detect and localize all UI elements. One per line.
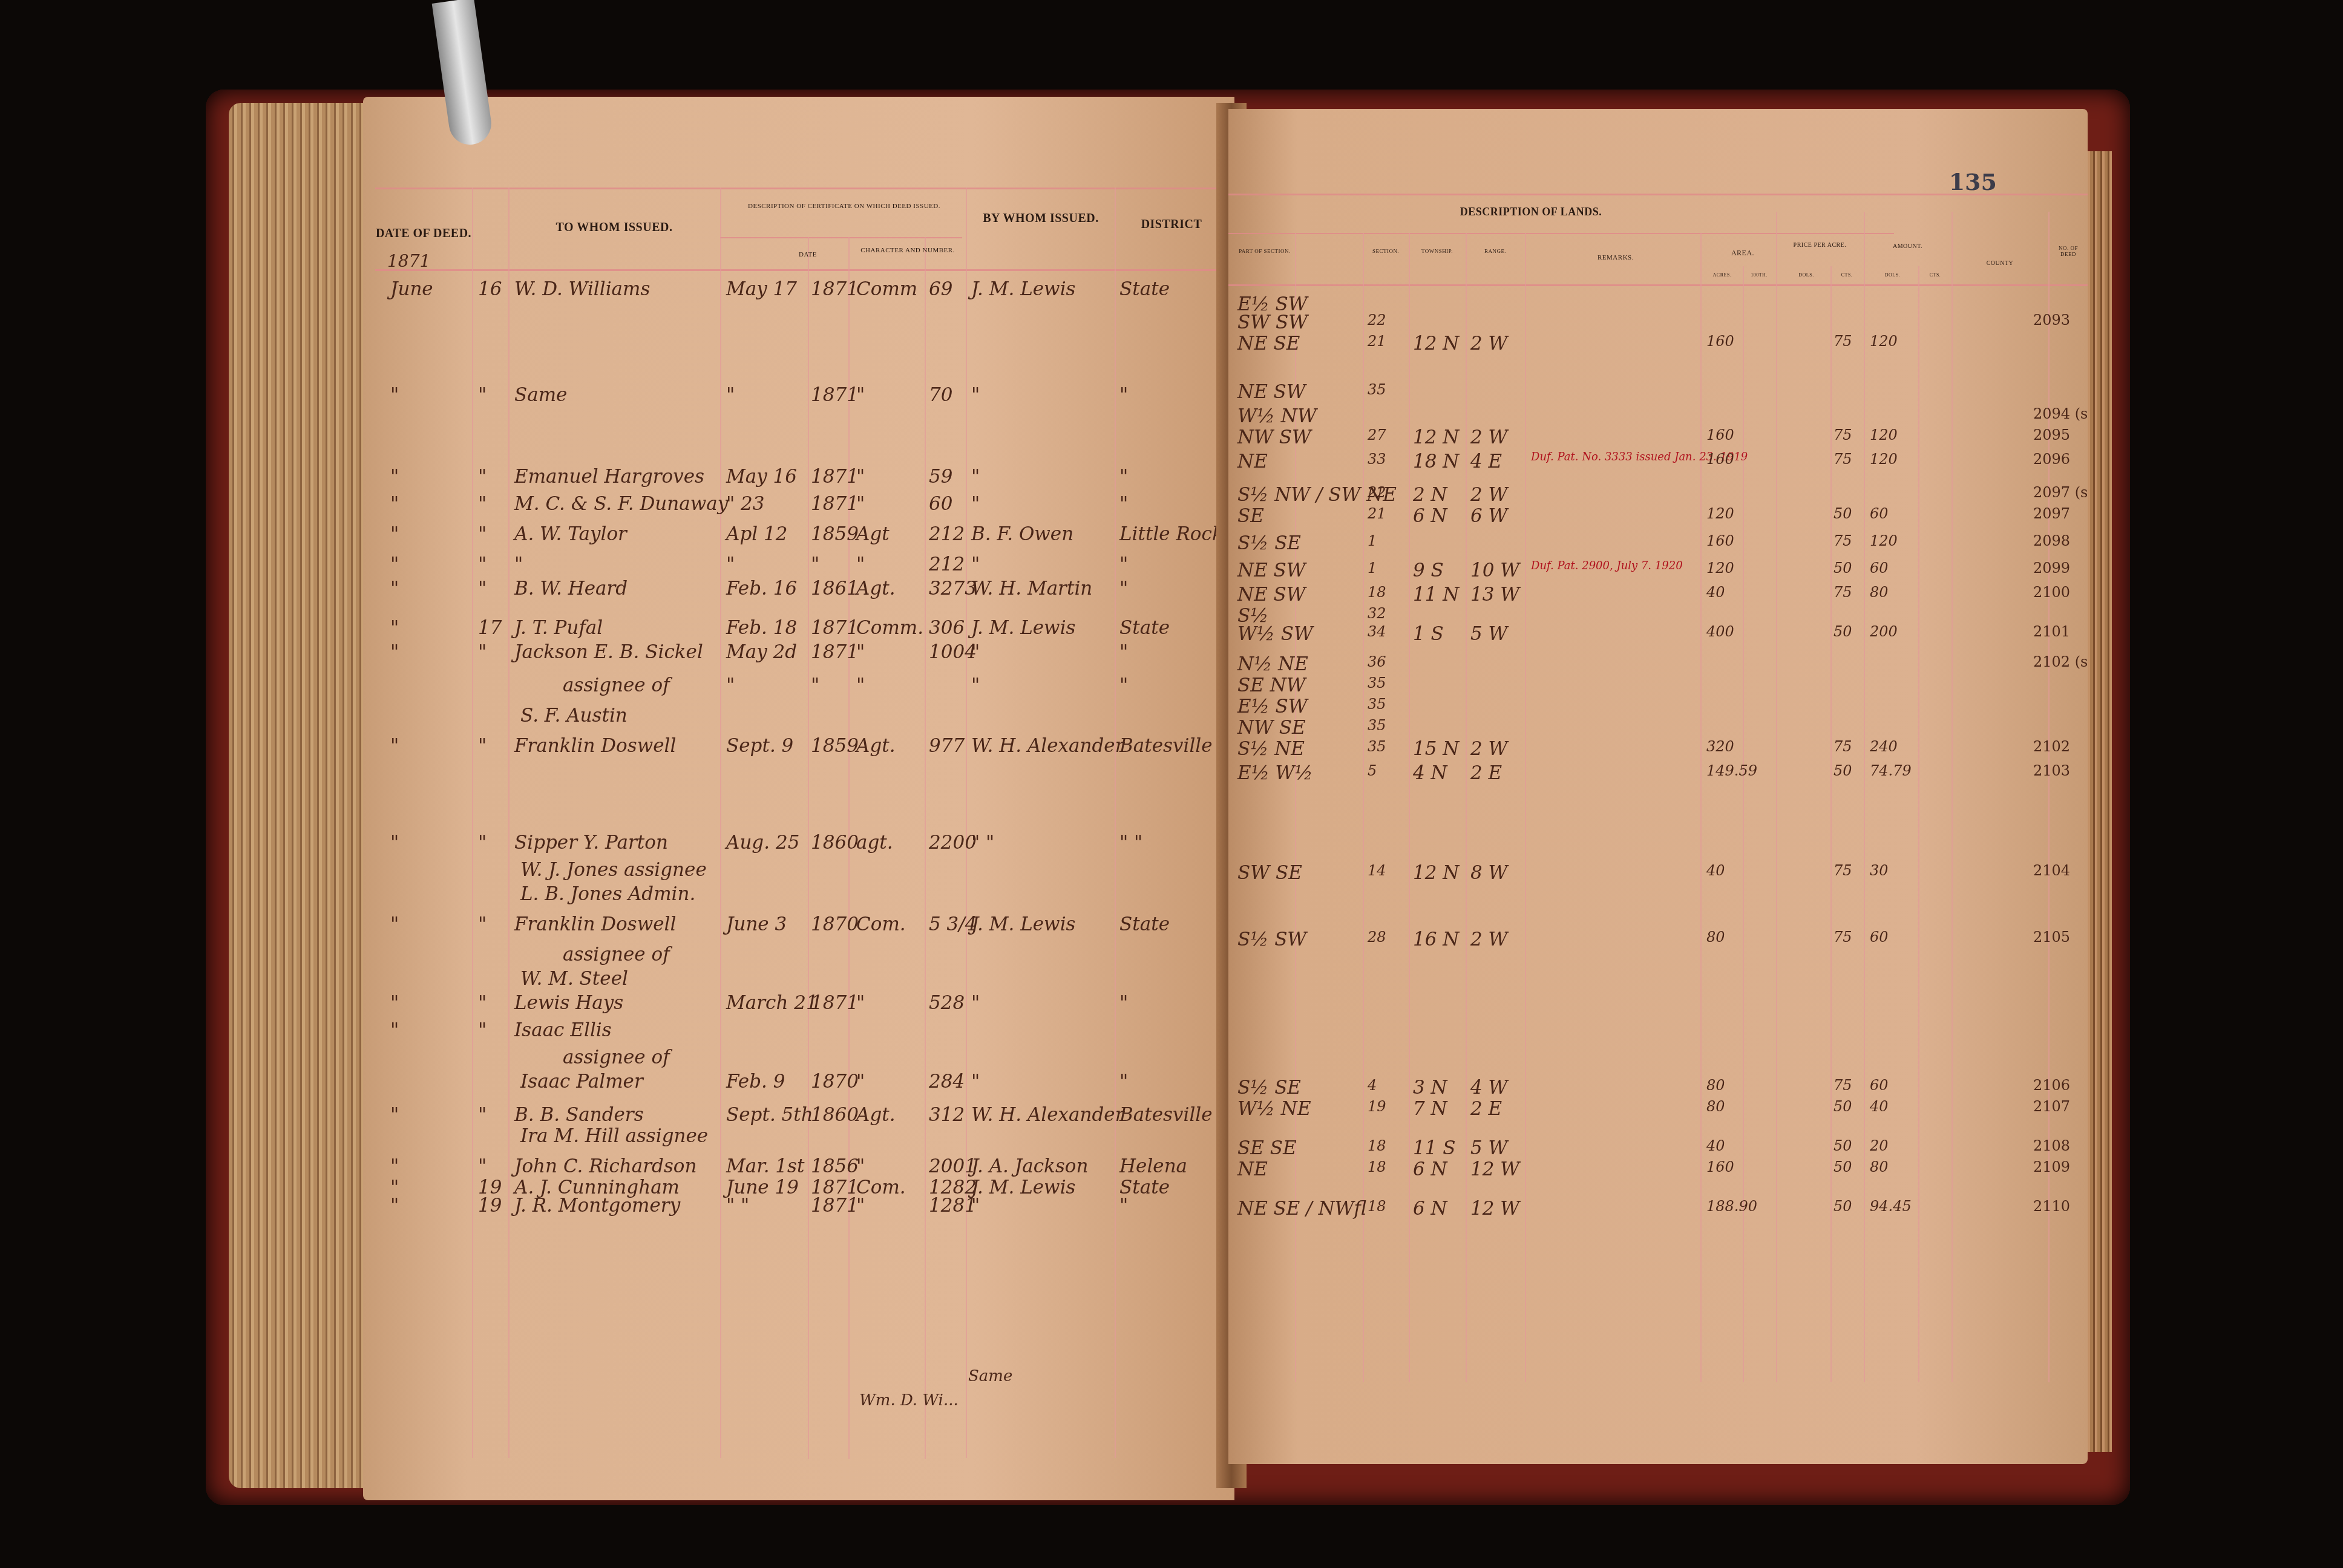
cell-cert-date: Feb. 9 (726, 1071, 785, 1093)
cell-township: 6 N (1413, 1158, 1447, 1180)
cell-part: N½ NE (1237, 653, 1308, 675)
cell-acres: 80 (1706, 1098, 1725, 1115)
cell-number: 60 (929, 493, 952, 515)
cell-amount: 240 (1870, 738, 1898, 755)
cell-range: 2 W (1470, 426, 1507, 448)
cell-cert-year: " (811, 554, 819, 575)
cell-number: 69 (929, 278, 952, 300)
cell-cert-year: 1860 (811, 832, 859, 854)
cell-amount: 120 (1870, 532, 1898, 549)
cell-price: 50 (1833, 1098, 1852, 1115)
cell-amount: 40 (1870, 1098, 1889, 1115)
cell-district: Little Rock (1119, 523, 1224, 545)
cell-deed-no: 2100 (2033, 584, 2070, 601)
cell-section: 4 (1368, 1077, 1377, 1094)
col-rule (508, 188, 510, 1458)
cell-acres: 120 (1706, 560, 1734, 577)
cell-part: S½ SW (1237, 929, 1306, 950)
cell-deed-no: 2103 (2033, 762, 2070, 779)
cell-district: " (1119, 578, 1128, 599)
cell-number: 284 (929, 1071, 965, 1093)
cell-character: Agt. (856, 1104, 896, 1126)
cell-deed-no: 2102 (struck) (2033, 653, 2088, 670)
cell-deed-no: 2095 (2033, 426, 2070, 443)
header-county: County (1955, 260, 2045, 267)
cell-by-whom: W. H. Alexander (971, 735, 1124, 757)
header-township: Township. (1410, 248, 1464, 254)
cell-range: 2 W (1470, 484, 1507, 506)
cell-deed-no: 2099 (2033, 560, 2070, 577)
cell-deed-no: 2097 (struck) (2033, 484, 2088, 501)
cell-range: 5 W (1470, 623, 1507, 645)
page-number: 135 (1949, 168, 1997, 195)
cell-cert-date: Feb. 18 (726, 617, 797, 639)
header-cts-amount: Cts. (1919, 272, 1951, 278)
cell-township: 7 N (1413, 1098, 1447, 1120)
cell-name: W. D. Williams (514, 278, 650, 300)
cell-part: NE (1237, 451, 1268, 472)
cell-amount: 60 (1870, 560, 1889, 577)
cell-amount: 120 (1870, 451, 1898, 468)
header-cert-character: Character and Number. (853, 247, 962, 255)
cell-township: 18 N (1413, 451, 1459, 472)
header-rule-top (375, 188, 1234, 189)
cell-deed-no: 2098 (2033, 532, 2070, 549)
cell-part: NE SE / NWfl (1237, 1198, 1366, 1220)
cell-cert-year: 1871 (811, 992, 859, 1014)
cell-month: " (390, 735, 399, 757)
cell-part: NE SE (1237, 333, 1300, 354)
cell-township: 9 S (1413, 560, 1444, 581)
cell-name: Sipper Y. Parton (514, 832, 668, 854)
header-date-of-deed: Date of Deed. (375, 227, 472, 241)
cell-range: 2 W (1470, 738, 1507, 760)
cell-by-whom: W. H. Alexander (971, 1104, 1124, 1126)
page-stack-left (229, 103, 368, 1488)
cell-character: " (856, 493, 865, 515)
cell-acres: 160 (1706, 426, 1734, 443)
cell-range: 2 E (1470, 762, 1502, 784)
cell-cert-date: " 23 (726, 493, 765, 515)
cell-part: NE (1237, 1158, 1268, 1180)
cell-character: Agt. (856, 735, 896, 757)
cell-deed-no: 2106 (2033, 1077, 2070, 1094)
cell-name: Ira M. Hill assignee (520, 1125, 708, 1147)
cell-cert-year: 1856 (811, 1155, 859, 1177)
cell-name: B. B. Sanders (514, 1104, 644, 1126)
cell-cert-year: 1870 (811, 1071, 859, 1093)
cell-day: " (478, 641, 487, 663)
cell-name: Emanuel Hargroves (514, 466, 704, 488)
cell-acres: 80 (1706, 1077, 1725, 1094)
cell-section: 27 (1368, 426, 1386, 443)
cell-acres: 149.59 (1706, 762, 1757, 779)
cell-price: 75 (1833, 929, 1852, 946)
cell-day: " (478, 832, 487, 854)
cell-acres: 80 (1706, 929, 1725, 946)
cell-range: 10 W (1470, 560, 1519, 581)
col-rule (1700, 233, 1702, 1382)
cell-price: 75 (1833, 451, 1852, 468)
cell-number: 2001 (929, 1155, 977, 1177)
col-rule (808, 237, 809, 1459)
cell-price: 50 (1833, 1158, 1852, 1175)
cell-township: 11 N (1413, 584, 1459, 606)
cell-price: 75 (1833, 532, 1852, 549)
cell-section: 35 (1368, 381, 1386, 398)
cell-character: Com. (856, 913, 906, 935)
cell-part: S½ SE (1237, 532, 1301, 554)
cell-month: " (390, 913, 399, 935)
cell-price: 50 (1833, 623, 1852, 640)
cell-acres: 400 (1706, 623, 1734, 640)
header-range: Range. (1467, 248, 1524, 254)
cell-character: Agt (856, 523, 890, 545)
cell-township: 12 N (1413, 333, 1459, 354)
header-dols-amount: Dols. (1870, 272, 1915, 278)
cell-character: " (856, 1195, 865, 1217)
bottom-note-1: Same (968, 1367, 1012, 1385)
cell-amount: 80 (1870, 584, 1889, 601)
cell-part: NW SE (1237, 717, 1306, 739)
cell-part: NE SW (1237, 381, 1306, 403)
cell-number: 59 (929, 466, 952, 488)
cell-part: NW SW (1237, 426, 1311, 448)
cell-acres: 160 (1706, 1158, 1734, 1175)
cell-cert-year: 1859 (811, 735, 859, 757)
cell-township: 16 N (1413, 929, 1459, 950)
header-hundredths: 100th. (1744, 272, 1774, 278)
cell-cert-date: March 21 (726, 992, 818, 1014)
cell-name: Isaac Ellis (514, 1019, 612, 1041)
cell-day: " (478, 493, 487, 515)
cell-by-whom: " (971, 992, 980, 1014)
cell-character: Comm. (856, 617, 923, 639)
cell-name: L. B. Jones Admin. (520, 883, 695, 905)
bottom-note-2: Wm. D. Wi... (859, 1391, 958, 1410)
cell-district: " " (1119, 832, 1142, 854)
cell-township: 11 S (1413, 1137, 1456, 1159)
cell-day: " (478, 578, 487, 599)
cell-month: " (390, 832, 399, 854)
cell-range: 5 W (1470, 1137, 1507, 1159)
cell-part: W½ NE (1237, 1098, 1311, 1120)
cell-price: 75 (1833, 738, 1852, 755)
cell-number: 2200 (929, 832, 977, 854)
cell-acres: 160 (1706, 451, 1734, 468)
cell-acres: 160 (1706, 532, 1734, 549)
cell-cert-date: Mar. 1st (726, 1155, 804, 1177)
cell-part: NE SW (1237, 560, 1306, 581)
cell-by-whom: W. H. Martin (971, 578, 1092, 599)
col-rule (472, 188, 473, 1458)
cell-deed-no: 2107 (2033, 1098, 2070, 1115)
cell-acres: 120 (1706, 505, 1734, 522)
cell-by-whom: " (971, 1195, 980, 1217)
cell-name: B. W. Heard (514, 578, 628, 599)
cell-acres: 40 (1706, 862, 1725, 879)
cell-character: agt. (856, 832, 893, 854)
cell-district: Helena (1119, 1155, 1187, 1177)
cell-price: 75 (1833, 333, 1852, 350)
cell-number: 312 (929, 1104, 965, 1126)
cell-township: 12 N (1413, 862, 1459, 884)
right-page: 135 Description of Lands. Part of Sectio… (1228, 109, 2088, 1464)
cell-district: Batesville (1119, 735, 1213, 757)
cell-section: 35 (1368, 717, 1386, 734)
cell-character: " (856, 554, 865, 575)
cell-by-whom: " (971, 384, 980, 406)
header-section: Section. (1364, 248, 1407, 254)
cell-part: SW SW (1237, 312, 1308, 333)
cell-deed-no: 2105 (2033, 929, 2070, 946)
col-rule (1115, 188, 1116, 1458)
cell-amount: 60 (1870, 505, 1889, 522)
cell-name: John C. Richardson (514, 1155, 696, 1177)
cell-name: " (514, 554, 523, 575)
header-price-per-acre: Price per Acre. (1779, 242, 1861, 249)
cell-district: State (1119, 278, 1170, 300)
header-remarks: Remarks. (1555, 254, 1676, 262)
cell-part: SE NW (1237, 675, 1306, 696)
cell-deed-no: 2102 (2033, 738, 2070, 755)
cell-cert-date: Sept. 9 (726, 735, 793, 757)
cell-number: 306 (929, 617, 965, 639)
cell-cert-date: " (726, 554, 735, 575)
cell-cert-year: 1861 (811, 578, 859, 599)
cell-part: SE SE (1237, 1137, 1297, 1159)
cell-range: 8 W (1470, 862, 1507, 884)
cell-part: S½ SE (1237, 1077, 1301, 1099)
cell-deed-no: 2109 (2033, 1158, 2070, 1175)
cell-by-whom: J. M. Lewis (971, 617, 1075, 639)
cell-part: SE (1237, 505, 1264, 527)
cell-amount: 200 (1870, 623, 1898, 640)
cell-by-whom: " (971, 466, 980, 488)
header-description-of-lands: Description of Lands. (1410, 206, 1652, 218)
cell-name: W. M. Steel (520, 968, 628, 990)
cell-section: 22 (1368, 312, 1386, 328)
cell-by-whom: J. M. Lewis (971, 1177, 1075, 1198)
cell-name: assignee of (563, 1047, 670, 1068)
cell-name: W. J. Jones assignee (520, 859, 707, 881)
cell-district: Batesville (1119, 1104, 1213, 1126)
cell-cert-date: June 3 (726, 913, 787, 935)
year-note: 1871 (387, 251, 430, 271)
header-to-whom-issued: To Whom Issued. (514, 221, 714, 235)
cell-district: " (1119, 675, 1128, 696)
cell-section: 18 (1368, 1198, 1386, 1215)
cell-section: 22 (1368, 484, 1386, 501)
cell-price: 75 (1833, 584, 1852, 601)
cell-month: " (390, 466, 399, 488)
cell-deed-no: 2110 (2033, 1198, 2070, 1215)
header-amount: Amount. (1867, 243, 1948, 250)
cell-name: J. T. Pufal (514, 617, 603, 639)
cell-township: 12 N (1413, 426, 1459, 448)
cell-number: 70 (929, 384, 952, 406)
cell-number: 3273 (929, 578, 977, 599)
cell-name: assignee of (563, 675, 670, 696)
cell-section: 28 (1368, 929, 1386, 946)
cell-character: " (856, 466, 865, 488)
col-rule (1830, 266, 1832, 1382)
cell-cert-date: Feb. 16 (726, 578, 797, 599)
cell-cert-date: Apl 12 (726, 523, 787, 545)
left-page: Date of Deed. To Whom Issued. Descriptio… (363, 97, 1234, 1500)
header-subrule (720, 237, 962, 238)
cell-district: State (1119, 617, 1170, 639)
cell-number: 977 (929, 735, 965, 757)
cell-acres: 40 (1706, 584, 1725, 601)
cell-price: 75 (1833, 862, 1852, 879)
col-rule (720, 188, 721, 1458)
cell-section: 1 (1368, 532, 1377, 549)
cell-section: 35 (1368, 696, 1386, 713)
col-rule (1776, 212, 1777, 1382)
cell-number: 212 (929, 554, 965, 575)
cell-remarks: Duf. Pat. 2900, July 7. 1920 (1531, 560, 1683, 572)
cell-section: 14 (1368, 862, 1386, 879)
header-cert-date: Date (781, 251, 835, 259)
cell-range: 12 W (1470, 1158, 1519, 1180)
cell-number: 1281 (929, 1195, 977, 1217)
header-area: Area. (1712, 249, 1773, 258)
cell-by-whom: " (971, 641, 980, 663)
cell-character: " (856, 1155, 865, 1177)
header-cts-price: Cts. (1831, 272, 1863, 278)
cell-price: 50 (1833, 762, 1852, 779)
cell-name: S. F. Austin (520, 705, 628, 727)
cell-section: 21 (1368, 333, 1386, 350)
cell-character: " (856, 675, 865, 696)
cell-day: " (478, 466, 487, 488)
cell-by-whom: " (971, 493, 980, 515)
header-no-of-deed: No. of Deed (2050, 245, 2086, 258)
cell-deed-no: 2101 (2033, 623, 2070, 640)
header-acres: Acres. (1703, 272, 1742, 278)
cell-section: 5 (1368, 762, 1377, 779)
col-rule (1743, 266, 1744, 1382)
cell-part: E½ W½ (1237, 762, 1312, 784)
cell-township: 1 S (1413, 623, 1444, 645)
col-rule (1951, 212, 1953, 1382)
cell-day: 19 (478, 1195, 502, 1217)
cell-deed-no: 2108 (2033, 1137, 2070, 1154)
cell-district: " (1119, 1071, 1128, 1093)
cell-cert-year: 1871 (811, 384, 859, 406)
cell-acres: 320 (1706, 738, 1734, 755)
cell-part: W½ NW (1237, 405, 1317, 427)
cell-part: S½ NE (1237, 738, 1305, 760)
cell-cert-date: " (726, 384, 735, 406)
cell-character: " (856, 384, 865, 406)
col-rule (966, 188, 967, 1458)
cell-district: " (1119, 384, 1128, 406)
cell-township: 2 N (1413, 484, 1447, 506)
cell-acres: 40 (1706, 1137, 1725, 1154)
cell-section: 32 (1368, 605, 1386, 622)
header-rule-bottom (375, 269, 1234, 271)
cell-by-whom: J. M. Lewis (971, 278, 1075, 300)
cell-part: SW SE (1237, 862, 1302, 884)
cell-cert-year: 1871 (811, 641, 859, 663)
cell-cert-date: Aug. 25 (726, 832, 799, 854)
cell-price: 50 (1833, 505, 1852, 522)
cell-district: " (1119, 493, 1128, 515)
cell-cert-date: May 17 (726, 278, 797, 300)
cell-section: 35 (1368, 738, 1386, 755)
cell-by-whom: J. M. Lewis (971, 913, 1075, 935)
cell-cert-date: May 16 (726, 466, 797, 488)
cell-month: " (390, 493, 399, 515)
header-part-of-section: Part of Section. (1234, 248, 1295, 254)
cell-cert-year: 1871 (811, 466, 859, 488)
cell-character: " (856, 1071, 865, 1093)
cell-range: 2 E (1470, 1098, 1502, 1120)
cell-name: Same (514, 384, 567, 406)
header-certificate: Description of Certificate on which Deed… (732, 203, 956, 211)
cell-district: " (1119, 1195, 1128, 1217)
cell-day: " (478, 735, 487, 757)
cell-day: " (478, 523, 487, 545)
cell-deed-no: 2097 (2033, 505, 2070, 522)
cell-deed-no: 2096 (2033, 451, 2070, 468)
cell-by-whom: J. A. Jackson (971, 1155, 1088, 1177)
cell-cert-date: May 2d (726, 641, 797, 663)
cell-cert-year: 1871 (811, 1195, 859, 1217)
cell-district: " (1119, 466, 1128, 488)
header-rule-top (1228, 194, 2088, 195)
cell-range: 2 W (1470, 333, 1507, 354)
cell-range: 2 W (1470, 929, 1507, 950)
cell-section: 35 (1368, 675, 1386, 691)
cell-acres: 160 (1706, 333, 1734, 350)
cell-section: 33 (1368, 451, 1386, 468)
cell-amount: 30 (1870, 862, 1889, 879)
col-rule (1864, 212, 1865, 1382)
cell-number: 1004 (929, 641, 977, 663)
cell-range: 4 E (1470, 451, 1502, 472)
cell-name: assignee of (563, 944, 670, 965)
cell-by-whom: " (971, 554, 980, 575)
cell-cert-date: " (726, 675, 735, 696)
cell-character: Agt. (856, 578, 896, 599)
cell-day: " (478, 384, 487, 406)
cell-month: " (390, 617, 399, 639)
cell-part: W½ SW (1237, 623, 1313, 645)
cell-by-whom: " (971, 1071, 980, 1093)
header-rule-bottom (1228, 284, 2088, 286)
cell-day: 17 (478, 617, 502, 639)
cell-amount: 120 (1870, 333, 1898, 350)
cell-section: 36 (1368, 653, 1386, 670)
cell-price: 50 (1833, 1137, 1852, 1154)
cell-township: 6 N (1413, 505, 1447, 527)
cell-day: " (478, 1155, 487, 1177)
cell-amount: 80 (1870, 1158, 1889, 1175)
cell-section: 19 (1368, 1098, 1386, 1115)
col-rule (1525, 233, 1526, 1382)
cell-cert-year: 1860 (811, 1104, 859, 1126)
cell-section: 18 (1368, 1137, 1386, 1154)
cell-township: 4 N (1413, 762, 1447, 784)
cell-name: Franklin Doswell (514, 735, 676, 757)
cell-name: M. C. & S. F. Dunaway (514, 493, 728, 515)
cell-by-whom: B. F. Owen (971, 523, 1073, 545)
cell-month: " (390, 1019, 399, 1041)
cell-township: 6 N (1413, 1198, 1447, 1220)
